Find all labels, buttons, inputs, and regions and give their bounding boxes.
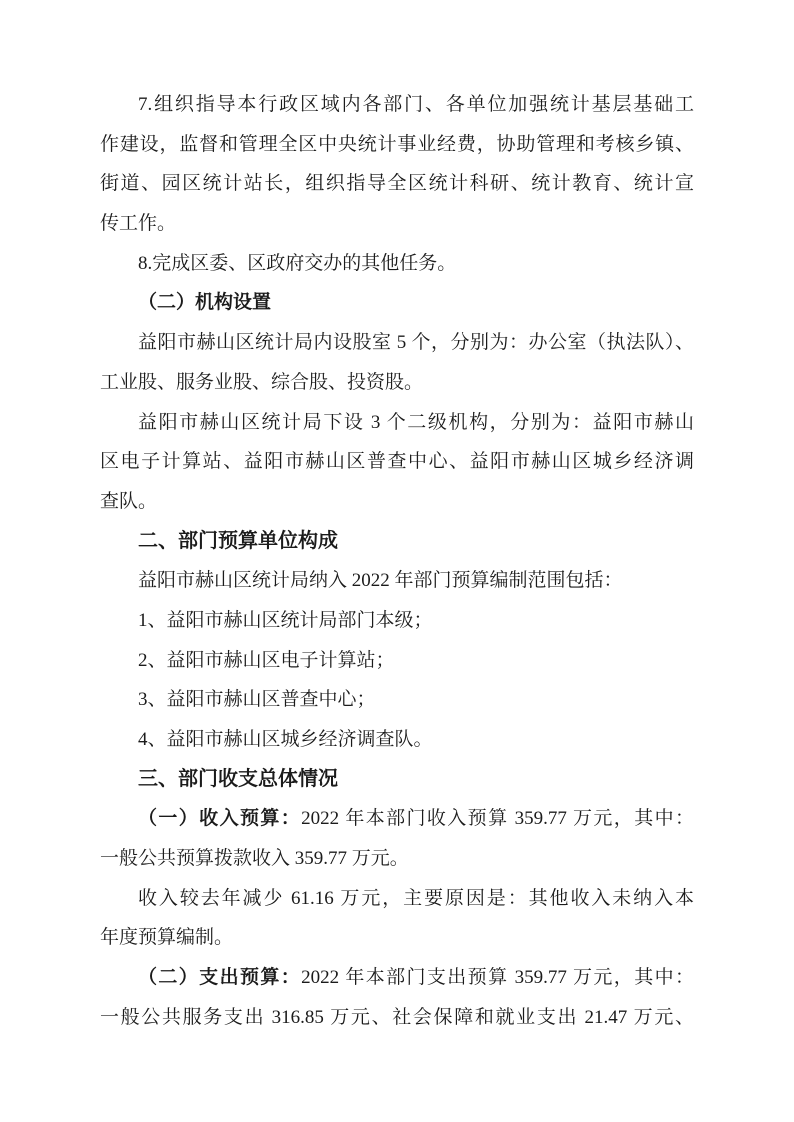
list-item-3-line-1: 3、益阳市赫山区普查中心； — [100, 680, 694, 720]
heading-org-setup-line-1: （二）机构设置 — [100, 283, 694, 323]
para-expenditure-budget-line-1: （二）支出预算：2022 年本部门支出预算 359.77 万元，其中： — [100, 958, 694, 998]
text-run: 区电子计算站、益阳市赫山区普查中心、益阳市赫山区城乡经济调 — [100, 451, 694, 472]
para-subordinate-units-line-3: 查队。 — [100, 482, 694, 522]
bold-text-run: （一）收入预算： — [138, 808, 301, 829]
para-duty-item-7-line-4: 传工作。 — [100, 204, 694, 244]
text-run: 工业股、服务业股、综合股、投资股。 — [100, 372, 423, 393]
list-item-2-line-1: 2、益阳市赫山区电子计算站； — [100, 641, 694, 681]
text-run: 7.组织指导本行政区域内各部门、各单位加强统计基层基础工 — [138, 94, 694, 115]
text-run: 作建设，监督和管理全区中央统计事业经费，协助管理和考核乡镇、 — [100, 134, 694, 155]
list-item-4-line-1: 4、益阳市赫山区城乡经济调查队。 — [100, 720, 694, 760]
para-duty-item-7-line-2: 作建设，监督和管理全区中央统计事业经费，协助管理和考核乡镇、 — [100, 125, 694, 165]
para-income-change-reason-line-2: 年度预算编制。 — [100, 918, 694, 958]
para-duty-item-8-line-1: 8.完成区委、区政府交办的其他任务。 — [100, 244, 694, 284]
bold-text-run: （二）机构设置 — [138, 292, 271, 313]
para-expenditure-budget-line-2: 一般公共服务支出 316.85 万元、社会保障和就业支出 21.47 万元、 — [100, 998, 694, 1038]
para-subordinate-units-line-2: 区电子计算站、益阳市赫山区普查中心、益阳市赫山区城乡经济调 — [100, 442, 694, 482]
text-run: 收入较去年减少 61.16 万元，主要原因是：其他收入未纳入本 — [138, 888, 694, 909]
heading-budget-unit-composition-line-1: 二、部门预算单位构成 — [100, 522, 694, 562]
document-page: 7.组织指导本行政区域内各部门、各单位加强统计基层基础工作建设，监督和管理全区中… — [0, 0, 794, 1122]
para-subordinate-units-line-1: 益阳市赫山区统计局下设 3 个二级机构，分别为：益阳市赫山 — [100, 403, 694, 443]
para-duty-item-7-line-3: 街道、园区统计站长，组织指导全区统计科研、统计教育、统计宣 — [100, 164, 694, 204]
para-internal-divisions-line-1: 益阳市赫山区统计局内设股室 5 个，分别为：办公室（执法队）、 — [100, 323, 694, 363]
text-run: 2、益阳市赫山区电子计算站； — [138, 650, 395, 671]
text-run: 益阳市赫山区统计局内设股室 5 个，分别为：办公室（执法队）、 — [138, 332, 694, 353]
para-income-budget-line-2: 一般公共预算拨款收入 359.77 万元。 — [100, 839, 694, 879]
para-internal-divisions-line-2: 工业股、服务业股、综合股、投资股。 — [100, 363, 694, 403]
text-run: 益阳市赫山区统计局纳入 2022 年部门预算编制范围包括： — [138, 570, 623, 591]
text-run: 益阳市赫山区统计局下设 3 个二级机构，分别为：益阳市赫山 — [138, 412, 694, 433]
text-run: 传工作。 — [100, 213, 176, 234]
bold-text-run: （二）支出预算： — [138, 967, 301, 988]
text-run: 查队。 — [100, 491, 157, 512]
bold-text-run: 三、部门收支总体情况 — [138, 768, 338, 790]
para-income-change-reason-line-1: 收入较去年减少 61.16 万元，主要原因是：其他收入未纳入本 — [100, 879, 694, 919]
heading-revenue-expenditure-overview-line-1: 三、部门收支总体情况 — [100, 760, 694, 800]
document-content: 7.组织指导本行政区域内各部门、各单位加强统计基层基础工作建设，监督和管理全区中… — [100, 85, 694, 1038]
text-run: 4、益阳市赫山区城乡经济调查队。 — [138, 729, 433, 750]
text-run: 2022 年本部门收入预算 359.77 万元，其中： — [301, 808, 694, 829]
text-run: 3、益阳市赫山区普查中心； — [138, 689, 376, 710]
text-run: 1、益阳市赫山区统计局部门本级； — [138, 610, 433, 631]
bold-text-run: 二、部门预算单位构成 — [138, 530, 338, 552]
text-run: 2022 年本部门支出预算 359.77 万元，其中： — [301, 967, 694, 988]
text-run: 年度预算编制。 — [100, 927, 233, 948]
para-income-budget-line-1: （一）收入预算：2022 年本部门收入预算 359.77 万元，其中： — [100, 799, 694, 839]
text-run: 一般公共预算拨款收入 359.77 万元。 — [100, 848, 409, 869]
text-run: 8.完成区委、区政府交办的其他任务。 — [138, 253, 456, 274]
text-run: 街道、园区统计站长，组织指导全区统计科研、统计教育、统计宣 — [100, 173, 694, 194]
text-run: 一般公共服务支出 316.85 万元、社会保障和就业支出 21.47 万元、 — [100, 1007, 694, 1028]
para-budget-scope-intro-line-1: 益阳市赫山区统计局纳入 2022 年部门预算编制范围包括： — [100, 561, 694, 601]
list-item-1-line-1: 1、益阳市赫山区统计局部门本级； — [100, 601, 694, 641]
para-duty-item-7-line-1: 7.组织指导本行政区域内各部门、各单位加强统计基层基础工 — [100, 85, 694, 125]
